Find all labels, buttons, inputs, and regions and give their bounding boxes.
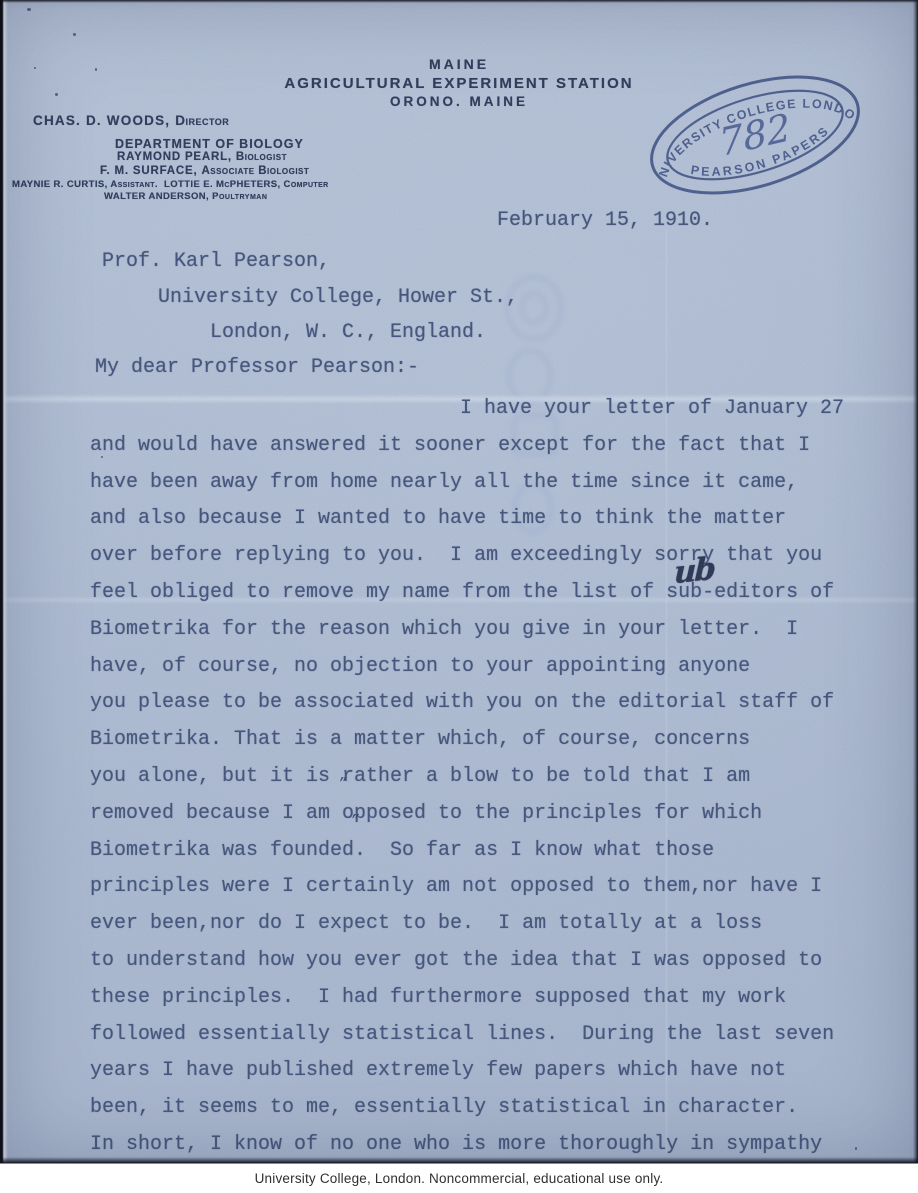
body-line: followed essentially statistical lines. … xyxy=(90,1017,870,1054)
footer-caption: University College, London. Noncommercia… xyxy=(255,1171,664,1186)
salutation: My dear Professor Pearson:- xyxy=(95,356,419,379)
dust-speck xyxy=(73,33,76,36)
body-line: Biometrika for the reason which you give… xyxy=(90,612,870,649)
body-line: have, of course, no objection to your ap… xyxy=(90,649,870,686)
staff4-title: Poultryman xyxy=(212,191,267,202)
body-line: and also because I wanted to have time t… xyxy=(90,501,870,538)
letter-body: I have your letter of January 27and woul… xyxy=(90,391,870,1164)
director-title: Director xyxy=(175,113,229,128)
staff2-title: Associate Biologist xyxy=(201,165,309,177)
staff1-name: RAYMOND PEARL, xyxy=(117,151,236,163)
date-line: February 15, 1910. xyxy=(497,209,713,232)
body-line: principles were I certainly am not oppos… xyxy=(90,869,870,906)
letterhead-director: CHAS. D. WOODS, Director xyxy=(33,113,229,128)
dust-speck xyxy=(27,8,31,11)
archive-stamp: UNIVERSITY COLLEGE LONDON PEARSON PAPERS… xyxy=(630,60,880,210)
body-line: feel obliged to remove my name from the … xyxy=(90,575,870,612)
recipient-line-3: London, W. C., England. xyxy=(210,321,486,344)
footer-bar: University College, London. Noncommercia… xyxy=(0,1163,918,1193)
director-name: CHAS. D. WOODS, xyxy=(33,113,175,128)
staff2-name: F. M. SURFACE, xyxy=(100,165,201,177)
body-line: been, it seems to me, essentially statis… xyxy=(90,1090,870,1127)
body-line: to understand how you ever got the idea … xyxy=(90,943,870,980)
body-line: and would have answered it sooner except… xyxy=(90,428,870,465)
body-line: Biometrika. That is a matter which, of c… xyxy=(90,722,870,759)
staff1-title: Biologist xyxy=(236,151,287,163)
body-line: have been away from home nearly all the … xyxy=(90,465,870,502)
body-line: Biometrika was founded. So far as I know… xyxy=(90,833,870,870)
letterhead-department: DEPARTMENT OF BIOLOGY xyxy=(115,137,304,151)
body-line: these principles. I had furthermore supp… xyxy=(90,980,870,1017)
letterhead-staff-poultryman: WALTER ANDERSON, Poultryman xyxy=(104,191,267,202)
staff4-name: WALTER ANDERSON, xyxy=(104,191,212,202)
scan-edge-left xyxy=(0,0,8,1164)
scan-edge-right xyxy=(913,0,918,1164)
body-line: I have your letter of January 27 xyxy=(90,391,870,428)
letterhead-staff-associate: F. M. SURFACE, Associate Biologist xyxy=(100,165,309,177)
scanned-letter-page: MAINE AGRICULTURAL EXPERIMENT STATION OR… xyxy=(0,0,918,1193)
letterhead-staff-biologist: RAYMOND PEARL, Biologist xyxy=(117,151,287,163)
body-line: removed because I am opposed to the prin… xyxy=(90,796,870,833)
recipient-line-1: Prof. Karl Pearson, xyxy=(102,250,330,273)
body-line: you please to be associated with you on … xyxy=(90,685,870,722)
body-line: ever been,nor do I expect to be. I am to… xyxy=(90,906,870,943)
recipient-line-2: University College, Hower St., xyxy=(158,286,518,309)
letterhead-staff-assistants: MAYNIE R. CURTIS, Assistant. LOTTIE E. M… xyxy=(12,179,329,190)
body-line: over before replying to you. I am exceed… xyxy=(90,538,870,575)
scan-edge-top xyxy=(0,0,918,3)
body-line: years I have published extremely few pap… xyxy=(90,1053,870,1090)
body-line: you alone, but it is rather a blow to be… xyxy=(90,759,870,796)
